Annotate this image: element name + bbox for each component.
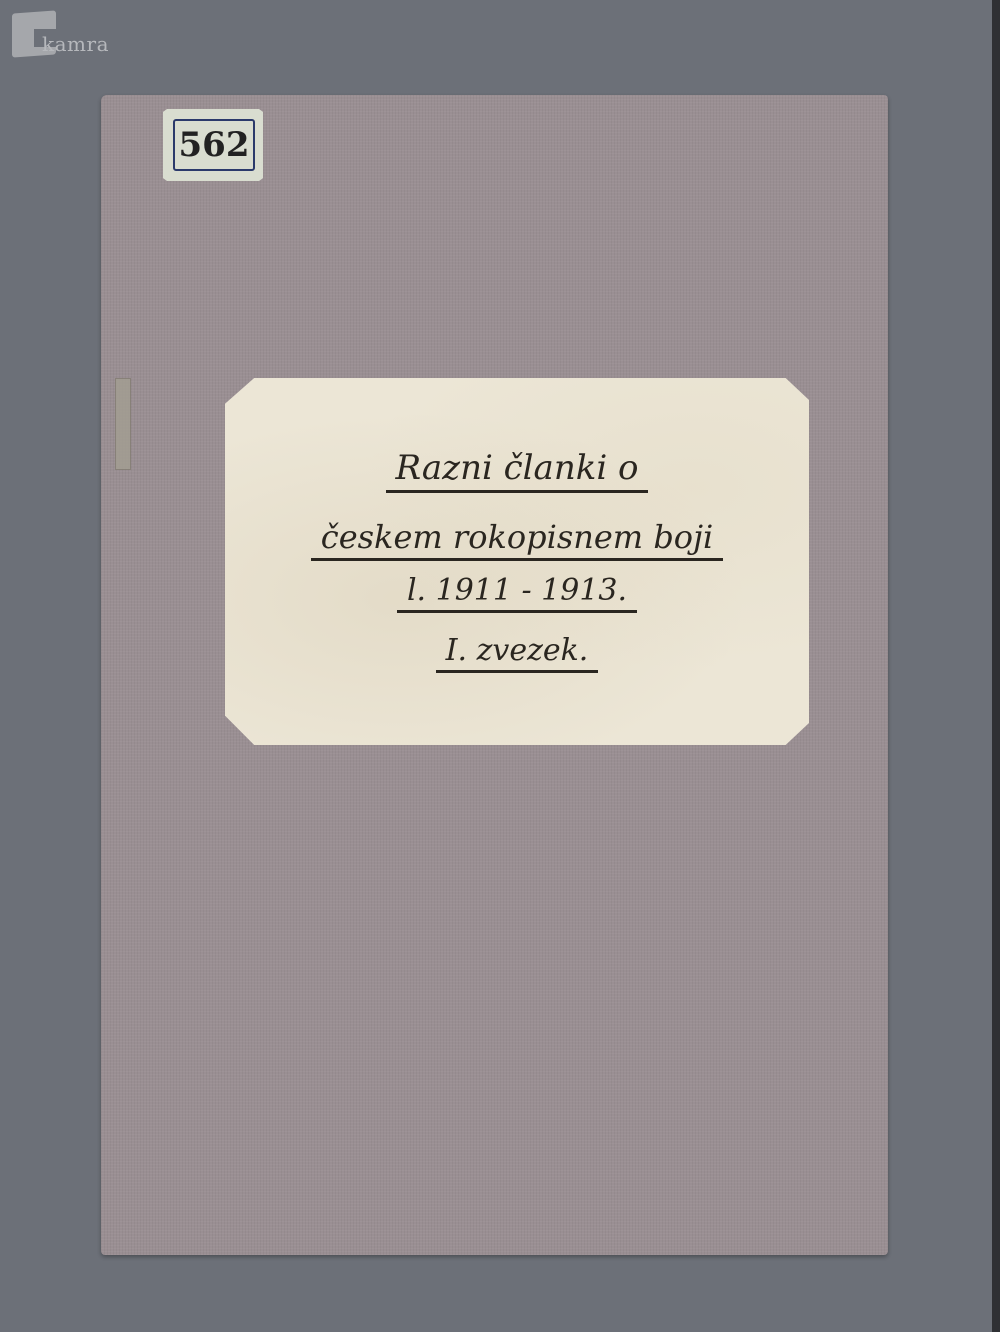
label-text-3: l. 1911 - 1913. [397, 573, 637, 613]
number-stamp: 562 [163, 109, 263, 181]
label-text-1: Razni članki o [386, 448, 649, 493]
label-line-3: l. 1911 - 1913. [225, 573, 809, 613]
stamp-number: 562 [173, 119, 255, 171]
label-line-1: Razni članki o [225, 448, 809, 493]
logo-text: kamra [42, 32, 109, 56]
label-text-2: českem rokopisnem boji [311, 518, 723, 561]
label-line-4: I. zvezek. [225, 633, 809, 673]
scanner-edge [992, 0, 1000, 1332]
kamra-logo: kamra [12, 12, 132, 62]
label-text-4: I. zvezek. [436, 633, 599, 673]
label-line-2: českem rokopisnem boji [225, 518, 809, 561]
spine-mark [115, 378, 131, 470]
book-cover: 562 Razni članki o českem rokopisnem boj… [101, 95, 888, 1255]
title-label: Razni članki o českem rokopisnem boji l.… [225, 378, 809, 745]
